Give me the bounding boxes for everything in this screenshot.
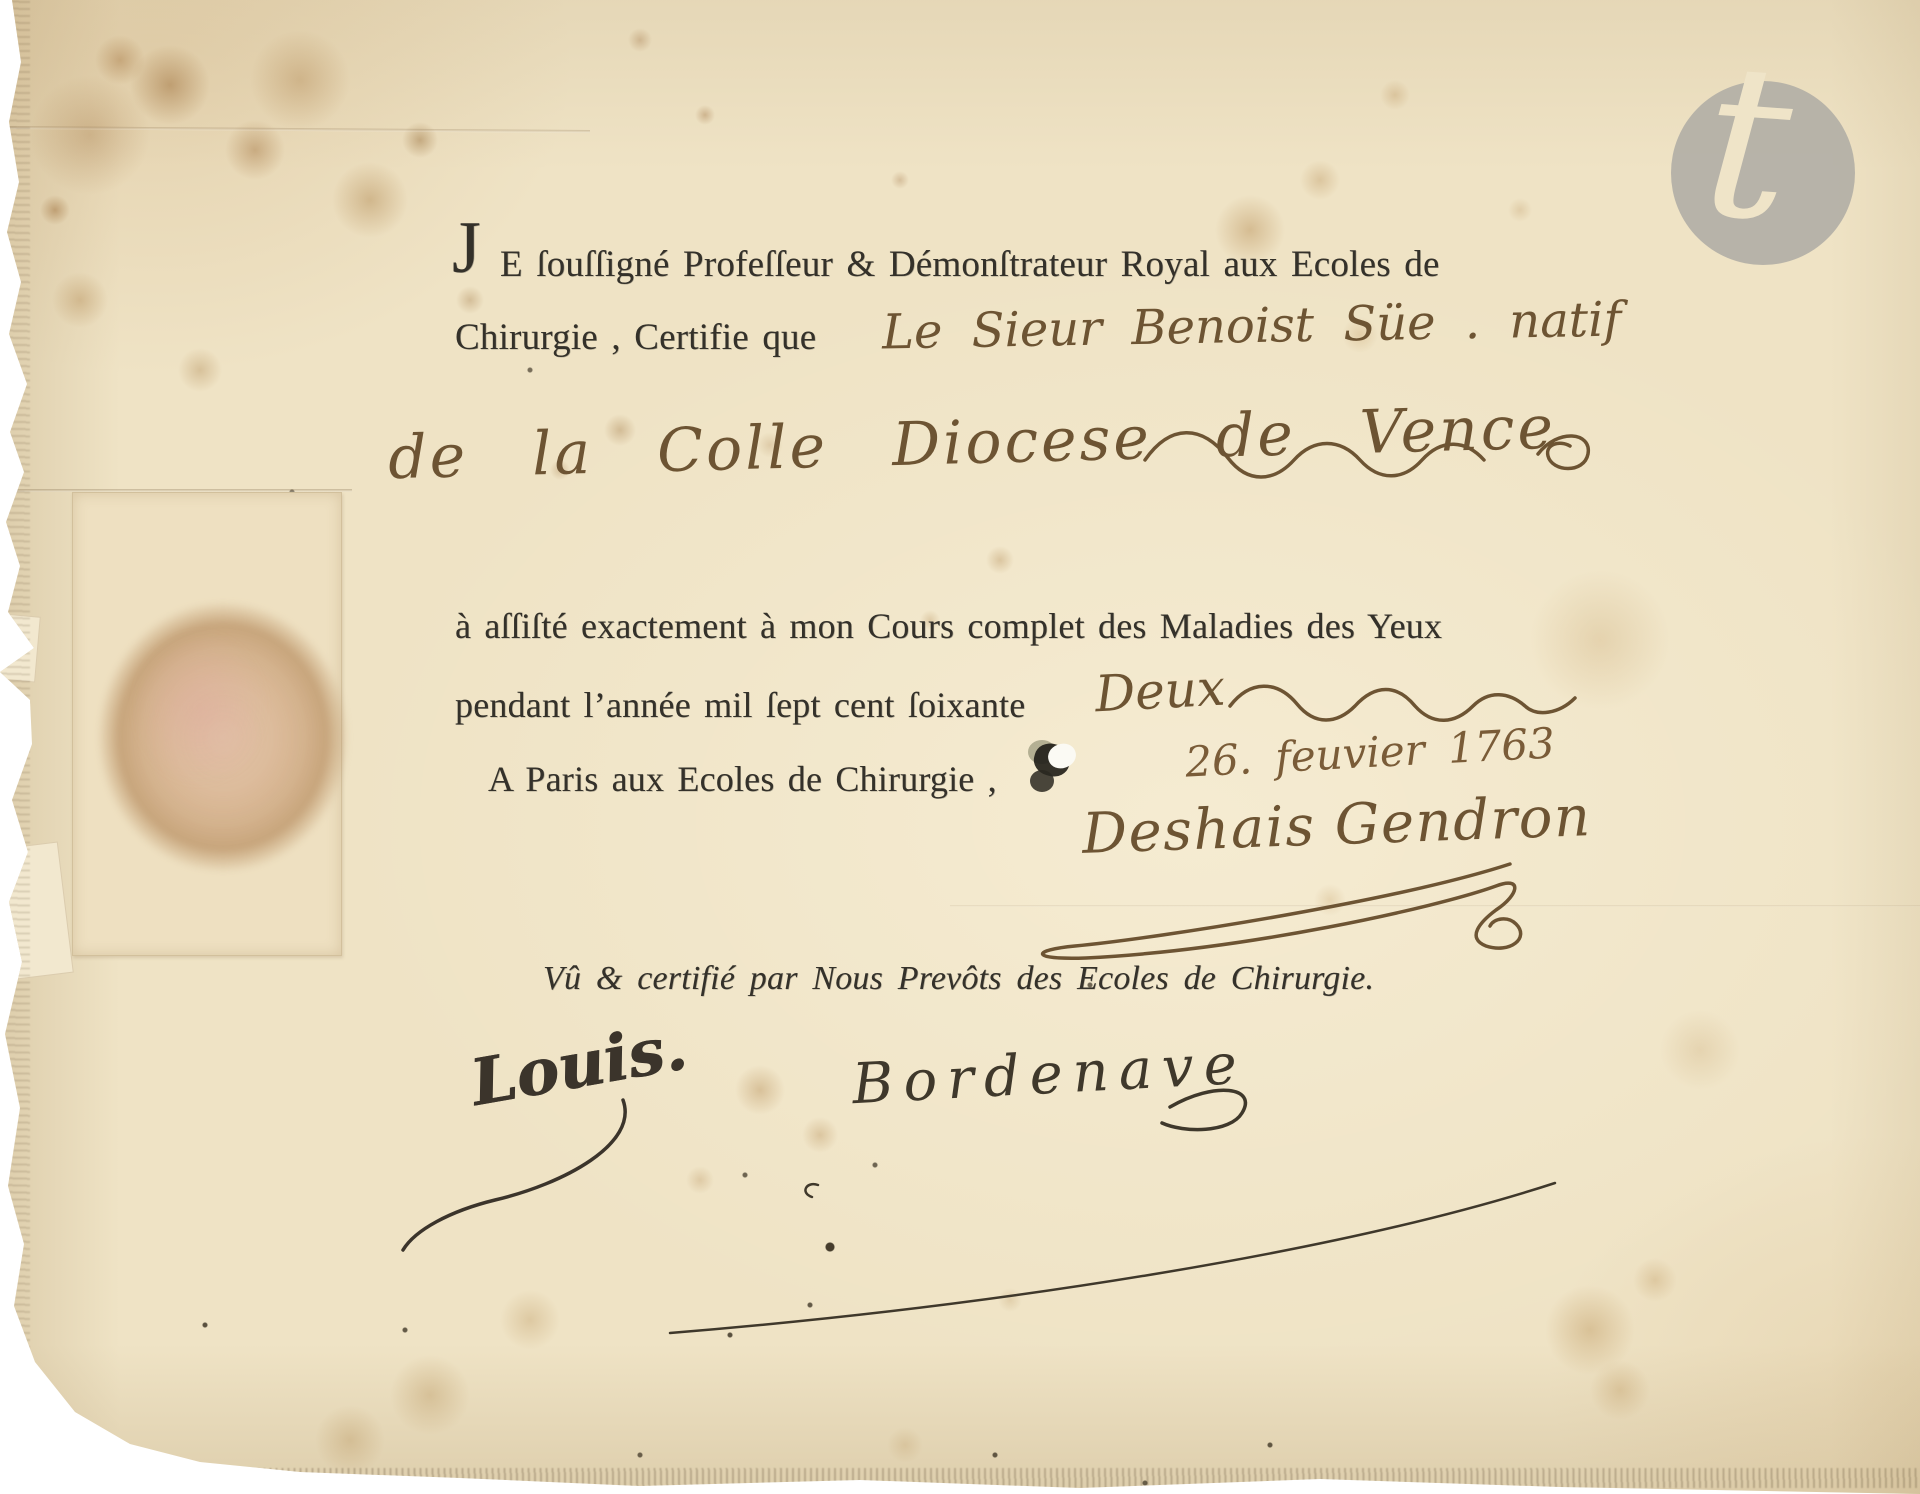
paper-crease: [0, 126, 590, 133]
bordenave-signature-flourish: [640, 1075, 1580, 1345]
paper-sheet: t J E ſouſſigné Profeſſeur & Démonſtrate…: [0, 0, 1920, 1494]
printed-course-line-2: pendant l’année mil ſept cent ſoixante: [455, 684, 1025, 726]
paper-crease: [950, 905, 1920, 907]
prevot-signature-louis: Louis.: [465, 1010, 692, 1122]
printed-line-1: E ſouſſigné Profeſſeur & Démonſtrateur R…: [500, 243, 1440, 286]
dropcap-initial: J: [452, 206, 481, 291]
scanned-certificate: t J E ſouſſigné Profeſſeur & Démonſtrate…: [0, 0, 1920, 1494]
printed-line-2: Chirurgie , Certifie que: [455, 316, 816, 359]
seal-stain-highlight: [135, 633, 265, 783]
handwritten-student-name: Le Sieur Benoist Süe . natif: [882, 292, 1622, 361]
printed-place-line: A Paris aux Ecoles de Chirurgie ,: [488, 758, 997, 800]
handwritten-origin: de la Colle Diocese de Vence: [387, 393, 1556, 494]
printed-attestation-line: Vû & certifié par Nous Prevôts des Ecole…: [543, 960, 1374, 998]
professor-signature: Deshais Gendron: [1081, 784, 1592, 867]
handwritten-date: 26. feuvier 1763: [1184, 718, 1556, 786]
deckled-bottom-edge: [60, 1468, 1920, 1488]
prevot-signature-bordenave: Bordenave: [851, 1032, 1249, 1118]
italic-letter-logo-icon: t: [1698, 34, 1798, 251]
torn-left-edge: [0, 0, 30, 1494]
handwritten-year-word: Deux: [1094, 659, 1227, 724]
auction-house-logo: t: [1671, 81, 1855, 265]
printed-course-line-1: à aſſiſté exactement à mon Cours complet…: [455, 605, 1442, 647]
ink-blot: [1030, 770, 1054, 792]
professor-signature-flourish: [1020, 858, 1530, 970]
repair-patch: [72, 492, 342, 956]
